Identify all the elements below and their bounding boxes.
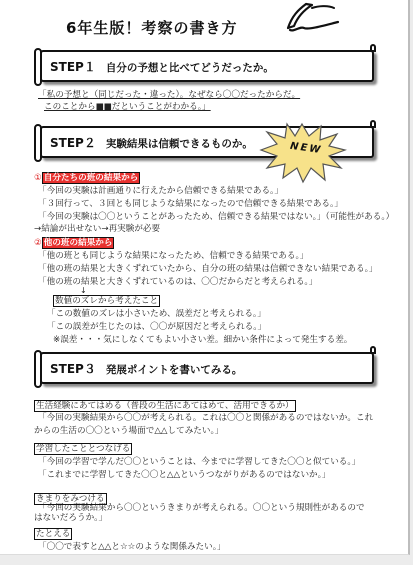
step-number: STEP１ (50, 60, 96, 74)
scroll-curl-icon (34, 350, 42, 388)
sub-line: 「この数値のズレは小さいため、誤差だと考えられる。」 (47, 308, 266, 321)
section-heading: 学習したこととつなげる (34, 443, 132, 456)
own-line: 「３回行って、３回とも同じような結果になったので信頼できる結果である。」 (38, 198, 343, 211)
section-heading: たとえる (34, 528, 72, 541)
sub-heading: 数値のズレから考えたこと (53, 295, 160, 308)
step-heading: 実験結果は信頼できるものか。 (106, 138, 253, 150)
section-line: からの生活の〇〇という場面で△△してみたい。」 (34, 425, 223, 438)
other-group-heading: ②他の班の結果から (34, 237, 114, 250)
step-heading: 自分の予想と比べてどうだったか。 (106, 62, 274, 74)
section-heading: 生活経験にあてはめる（普段の生活にあてはめて、活用できるか） (34, 400, 296, 413)
sub-line: 「この誤差が生じたのは、〇〇が原因だと考えられる。」 (47, 321, 266, 334)
section-line: 「今回の学習で学んだ〇〇ということは、今までに学習してきた〇〇と似ている。」 (38, 456, 360, 469)
step1-line: 「私の予想と（同じだった・違った）。なぜなら〇〇だったからだ。 (38, 89, 300, 102)
own-line: 「今回の実験は〇〇ということがあったため、信頼できる結果ではない。」（可能性があ… (38, 211, 394, 224)
section-line: はないだろうか。」 (34, 512, 107, 525)
section-line: 「〇〇で表すと△△と☆☆のような関係みたい。」 (38, 541, 226, 554)
step3-banner: STEP３発展ポイントを書いてみる。 (34, 344, 374, 386)
scroll-curl-icon (34, 124, 42, 162)
document-page: 6年生版！考察の書き方 STEP１自分の予想と比べてどうだったか。 「私の予想と… (0, 0, 410, 555)
section-line: 「これまでに学習してきた〇〇と△△というつながりがあるのではないか。」 (38, 469, 331, 482)
section-line: 「今回の実験結果から〇〇が考えられる。これは〇〇と関係があるのではないか。これ (38, 412, 373, 425)
page-title: 6年生版！考察の書き方 (66, 17, 237, 38)
step-heading: 発展ポイントを書いてみる。 (106, 364, 243, 376)
pen-writing-icon (282, 2, 342, 34)
step-number: STEP２ (50, 136, 96, 150)
own-line: 「今回の実験は計画通りに行えたから信頼できる結果である。」 (38, 185, 283, 198)
step-number: STEP３ (50, 362, 96, 376)
other-line: 「他の班とも同じような結果になったため、信頼できる結果である。」 (38, 250, 308, 263)
step1-banner: STEP１自分の予想と比べてどうだったか。 (34, 42, 374, 84)
other-line: 「他の班の結果と大きくずれていたから、自分の班の結果は信頼できない結果である。」 (38, 263, 377, 276)
step1-line: このことから■■だということがわかる。」 (44, 101, 211, 114)
own-line: →結論が出せない→再実験が必要 (34, 223, 160, 236)
scroll-curl-icon (34, 48, 42, 86)
own-group-heading: ①自分たちの班の結果から (34, 172, 140, 185)
